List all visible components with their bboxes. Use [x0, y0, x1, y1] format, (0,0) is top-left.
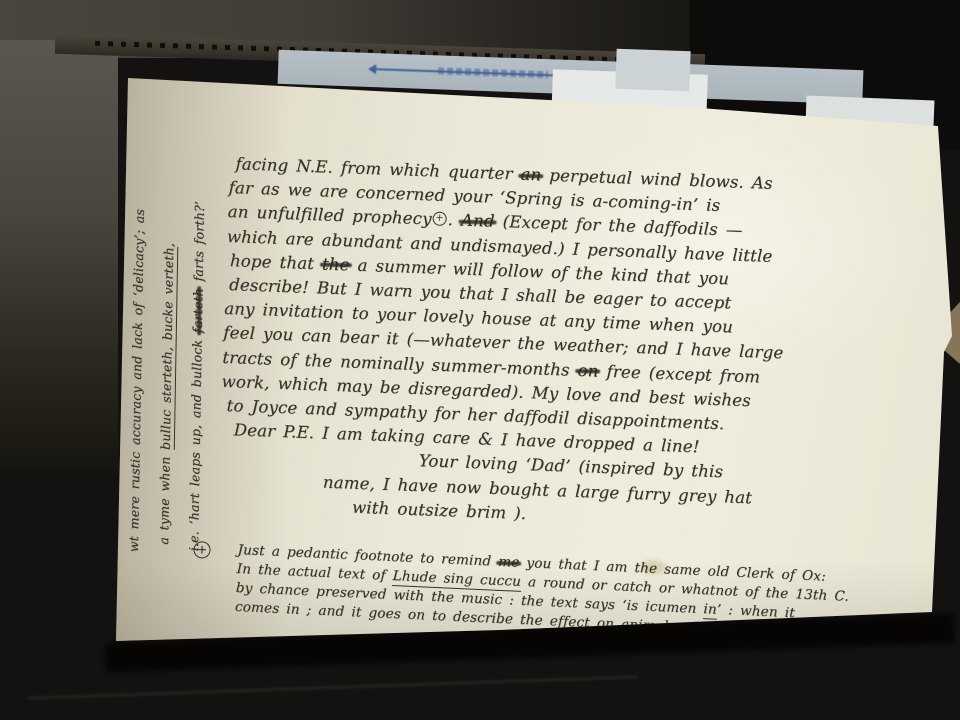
illegible-printed-text	[438, 67, 548, 78]
paper-corner-behind-small	[615, 49, 690, 92]
background-left-strip	[0, 40, 118, 470]
photo-of-handwritten-letter: { "accents": { "paper_color": "#ebe8d8",…	[0, 0, 960, 720]
letter-body: facing N.E. from which quarter an perpet…	[217, 152, 890, 539]
mat-edge-line	[28, 675, 638, 699]
margin-note-vertical: wt mere rustic accuracy and lack of ‘del…	[119, 92, 219, 554]
circled-plus-icon: +	[432, 212, 447, 227]
